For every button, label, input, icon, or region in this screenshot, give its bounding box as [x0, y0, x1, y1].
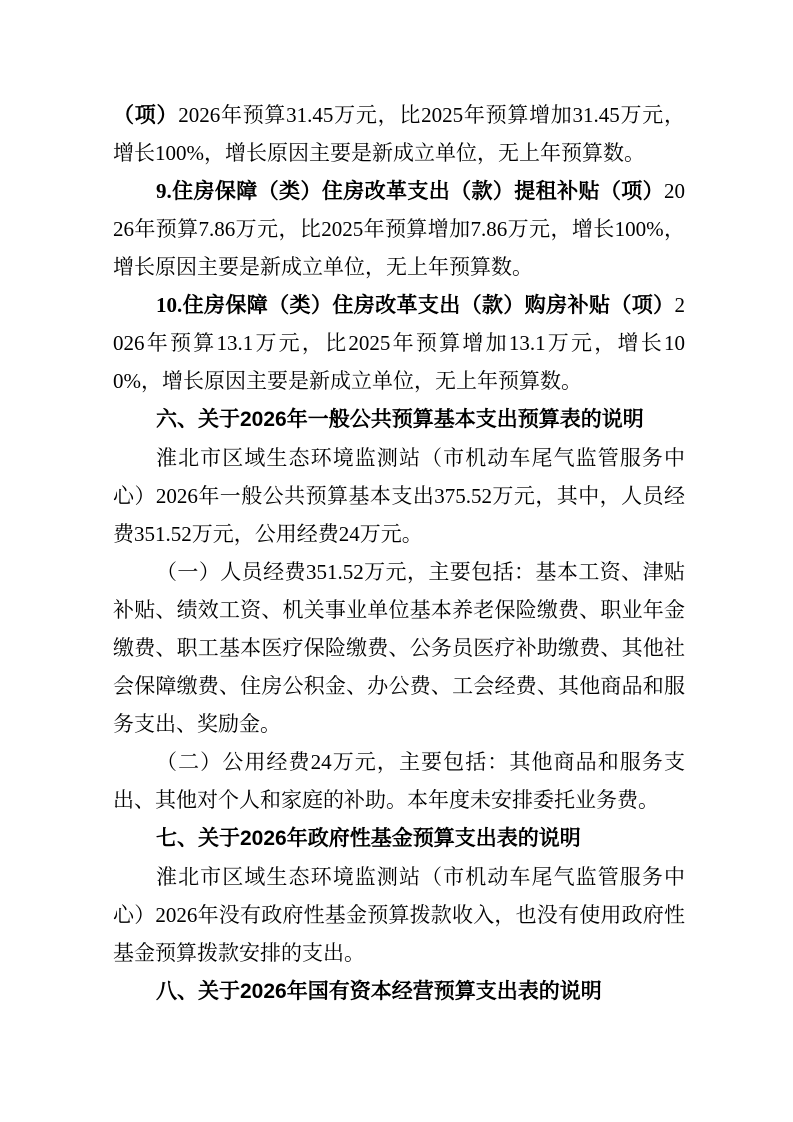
- text-run: 9.住房保障（类）住房改革支出（款）提租补贴（项）: [156, 179, 664, 203]
- section-heading-text: 八、关于2026年国有资本经营预算支出表的说明: [156, 980, 602, 1003]
- section-heading-text: 七、关于2026年政府性基金预算支出表的说明: [156, 827, 581, 850]
- paragraph: 六、关于2026年一般公共预算基本支出预算表的说明: [113, 400, 685, 439]
- text-run: 2026年预算31.45万元，比2025年预算增加31.45万元，增长100%，…: [113, 103, 685, 165]
- paragraph: 淮北市区域生态环境监测站（市机动车尾气监管服务中心）2026年一般公共预算基本支…: [113, 439, 685, 553]
- text-run: 淮北市区域生态环境监测站（市机动车尾气监管服务中心）2026年没有政府性基金预算…: [113, 865, 685, 965]
- text-run: （项）: [113, 103, 178, 127]
- document-page: （项）2026年预算31.45万元，比2025年预算增加31.45万元，增长10…: [0, 0, 793, 1122]
- paragraph: 9.住房保障（类）住房改革支出（款）提租补贴（项）2026年预算7.86万元，比…: [113, 172, 685, 286]
- paragraph: （项）2026年预算31.45万元，比2025年预算增加31.45万元，增长10…: [113, 96, 685, 172]
- document-body: （项）2026年预算31.45万元，比2025年预算增加31.45万元，增长10…: [113, 96, 685, 1011]
- text-run: 淮北市区域生态环境监测站（市机动车尾气监管服务中心）2026年一般公共预算基本支…: [113, 446, 685, 546]
- text-run: （一）人员经费351.52万元，主要包括：基本工资、津贴补贴、绩效工资、机关事业…: [113, 560, 685, 736]
- paragraph: 七、关于2026年政府性基金预算支出表的说明: [113, 819, 685, 858]
- paragraph: 淮北市区域生态环境监测站（市机动车尾气监管服务中心）2026年没有政府性基金预算…: [113, 858, 685, 972]
- text-run: （二）公用经费24万元，主要包括：其他商品和服务支出、其他对个人和家庭的补助。本…: [113, 750, 685, 812]
- paragraph: 10.住房保障（类）住房改革支出（款）购房补贴（项）2026年预算13.1万元，…: [113, 286, 685, 400]
- section-heading-text: 六、关于2026年一般公共预算基本支出预算表的说明: [156, 408, 644, 431]
- paragraph: 八、关于2026年国有资本经营预算支出表的说明: [113, 972, 685, 1011]
- paragraph: （一）人员经费351.52万元，主要包括：基本工资、津贴补贴、绩效工资、机关事业…: [113, 553, 685, 743]
- text-run: 10.住房保障（类）住房改革支出（款）购房补贴（项）: [156, 293, 675, 317]
- paragraph: （二）公用经费24万元，主要包括：其他商品和服务支出、其他对个人和家庭的补助。本…: [113, 743, 685, 819]
